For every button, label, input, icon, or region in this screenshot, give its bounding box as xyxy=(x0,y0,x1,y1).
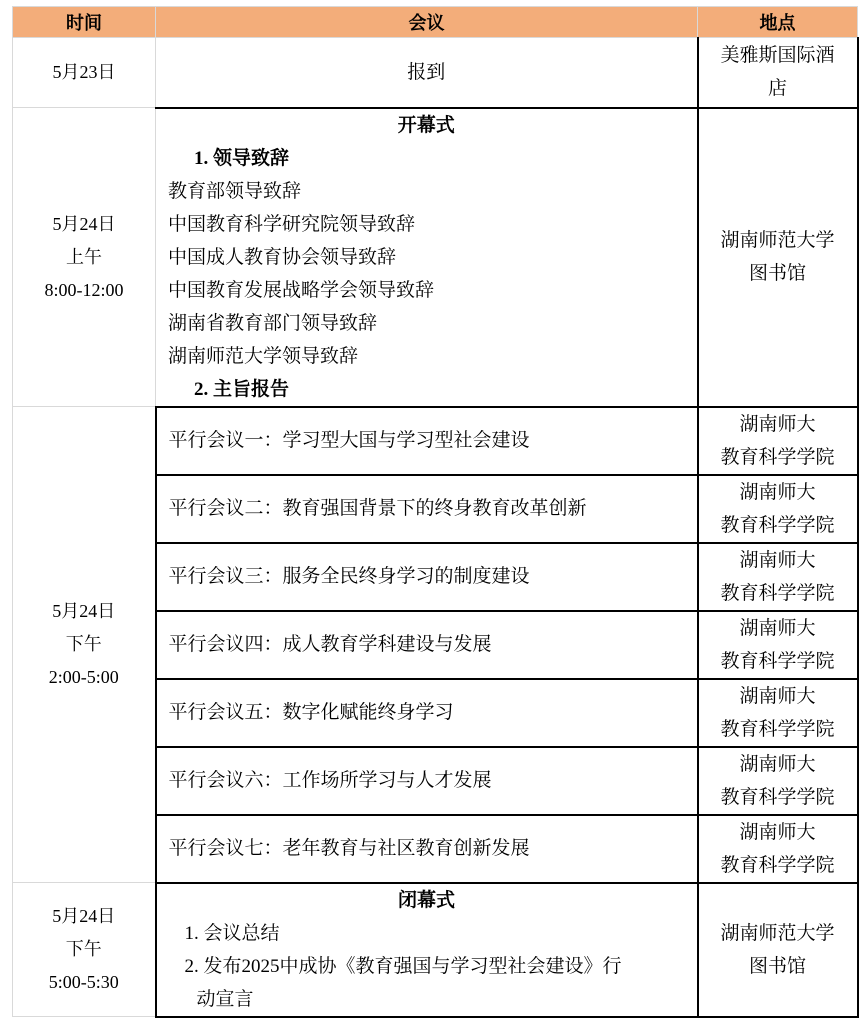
venue-line: 湖南师大 xyxy=(699,476,857,509)
parallel-session-5: 平行会议五：数字化赋能终身学习 xyxy=(156,679,698,747)
venue-line: 教育科学学院 xyxy=(699,781,857,814)
venue-line: 湖南师大 xyxy=(699,748,857,781)
venue-line: 湖南师大 xyxy=(699,612,857,645)
closing-item-2: 2. 发布2025中成协《教育强国与学习型社会建设》行 xyxy=(157,950,697,983)
parallel-time: 5月24日 下午 2:00-5:00 xyxy=(13,407,156,883)
closing-venue: 湖南师范大学 图书馆 xyxy=(698,883,858,1017)
row-closing-ceremony: 5月24日 下午 5:00-5:30 闭幕式 1. 会议总结 2. 发布2025… xyxy=(13,883,858,1017)
venue-line: 教育科学学院 xyxy=(699,645,857,678)
parallel-venue-1: 湖南师大 教育科学学院 xyxy=(698,407,858,475)
venue-line: 湖南师大 xyxy=(699,408,857,441)
header-row: 时间 会议 地点 xyxy=(13,7,858,38)
registration-venue: 美雅斯国际酒 店 xyxy=(698,38,858,108)
venue-line: 教育科学学院 xyxy=(699,849,857,882)
time-line: 8:00-12:00 xyxy=(13,274,155,307)
closing-meeting: 闭幕式 1. 会议总结 2. 发布2025中成协《教育强国与学习型社会建设》行 … xyxy=(156,883,698,1017)
opening-speech: 中国教育发展战略学会领导致辞 xyxy=(156,274,697,307)
venue-line: 美雅斯国际酒 xyxy=(699,39,857,72)
opening-venue: 湖南师范大学 图书馆 xyxy=(698,108,858,407)
header-venue: 地点 xyxy=(698,7,858,38)
venue-line: 湖南师大 xyxy=(699,680,857,713)
header-time: 时间 xyxy=(13,7,156,38)
closing-item-1: 1. 会议总结 xyxy=(157,917,697,950)
header-meeting: 会议 xyxy=(156,7,698,38)
row-parallel-session-1: 5月24日 下午 2:00-5:00 平行会议一：学习型大国与学习型社会建设 湖… xyxy=(13,407,858,475)
opening-speech: 湖南师范大学领导致辞 xyxy=(156,340,697,373)
registration-time: 5月23日 xyxy=(13,38,156,108)
venue-line: 图书馆 xyxy=(699,257,857,290)
venue-line: 教育科学学院 xyxy=(699,441,857,474)
parallel-session-6: 平行会议六：工作场所学习与人才发展 xyxy=(156,747,698,815)
venue-line: 教育科学学院 xyxy=(699,509,857,542)
venue-line: 湖南师范大学 xyxy=(699,917,857,950)
venue-line: 教育科学学院 xyxy=(699,713,857,746)
venue-line: 湖南师大 xyxy=(699,544,857,577)
venue-line: 湖南师大 xyxy=(699,816,857,849)
time-line: 下午 xyxy=(13,628,155,661)
closing-time: 5月24日 下午 5:00-5:30 xyxy=(13,883,156,1017)
session-title: 平行会议一：学习型大国与学习型社会建设 xyxy=(157,424,697,457)
time-line: 5月24日 xyxy=(13,900,155,933)
venue-line: 图书馆 xyxy=(699,950,857,983)
parallel-venue-3: 湖南师大 教育科学学院 xyxy=(698,543,858,611)
parallel-venue-2: 湖南师大 教育科学学院 xyxy=(698,475,858,543)
opening-time: 5月24日 上午 8:00-12:00 xyxy=(13,108,156,407)
closing-item-2-continued: 动宣言 xyxy=(157,983,697,1016)
time-line: 2:00-5:00 xyxy=(13,661,155,694)
row-opening-ceremony: 5月24日 上午 8:00-12:00 开幕式 1. 领导致辞 教育部领导致辞 … xyxy=(13,108,858,407)
parallel-venue-7: 湖南师大 教育科学学院 xyxy=(698,815,858,883)
session-title: 平行会议五：数字化赋能终身学习 xyxy=(157,696,697,729)
time-line: 5月24日 xyxy=(13,208,155,241)
registration-meeting: 报到 xyxy=(156,38,698,108)
parallel-session-4: 平行会议四：成人教育学科建设与发展 xyxy=(156,611,698,679)
opening-item-1: 1. 领导致辞 xyxy=(156,142,697,175)
opening-speech: 湖南省教育部门领导致辞 xyxy=(156,307,697,340)
parallel-venue-4: 湖南师大 教育科学学院 xyxy=(698,611,858,679)
session-title: 平行会议三：服务全民终身学习的制度建设 xyxy=(157,560,697,593)
session-title: 平行会议七：老年教育与社区教育创新发展 xyxy=(157,832,697,865)
venue-line: 湖南师范大学 xyxy=(699,224,857,257)
opening-meeting: 开幕式 1. 领导致辞 教育部领导致辞 中国教育科学研究院领导致辞 中国成人教育… xyxy=(156,108,698,407)
parallel-session-2: 平行会议二：教育强国背景下的终身教育改革创新 xyxy=(156,475,698,543)
opening-title: 开幕式 xyxy=(156,109,697,142)
venue-line: 教育科学学院 xyxy=(699,577,857,610)
opening-speech: 教育部领导致辞 xyxy=(156,175,697,208)
parallel-venue-6: 湖南师大 教育科学学院 xyxy=(698,747,858,815)
session-title: 平行会议二：教育强国背景下的终身教育改革创新 xyxy=(157,492,697,525)
opening-item-2: 2. 主旨报告 xyxy=(156,373,697,406)
row-registration: 5月23日 报到 美雅斯国际酒 店 xyxy=(13,38,858,108)
conference-agenda-table: 时间 会议 地点 5月23日 报到 美雅斯国际酒 店 5月24日 上午 8:00… xyxy=(12,6,859,1018)
time-line: 下午 xyxy=(13,933,155,966)
parallel-session-1: 平行会议一：学习型大国与学习型社会建设 xyxy=(156,407,698,475)
time-line: 上午 xyxy=(13,241,155,274)
time-line: 5:00-5:30 xyxy=(13,966,155,999)
opening-speech: 中国成人教育协会领导致辞 xyxy=(156,241,697,274)
parallel-session-7: 平行会议七：老年教育与社区教育创新发展 xyxy=(156,815,698,883)
parallel-venue-5: 湖南师大 教育科学学院 xyxy=(698,679,858,747)
time-line: 5月24日 xyxy=(13,595,155,628)
closing-title: 闭幕式 xyxy=(157,884,697,917)
session-title: 平行会议六：工作场所学习与人才发展 xyxy=(157,764,697,797)
opening-speech: 中国教育科学研究院领导致辞 xyxy=(156,208,697,241)
session-title: 平行会议四：成人教育学科建设与发展 xyxy=(157,628,697,661)
venue-line: 店 xyxy=(699,72,857,105)
parallel-session-3: 平行会议三：服务全民终身学习的制度建设 xyxy=(156,543,698,611)
